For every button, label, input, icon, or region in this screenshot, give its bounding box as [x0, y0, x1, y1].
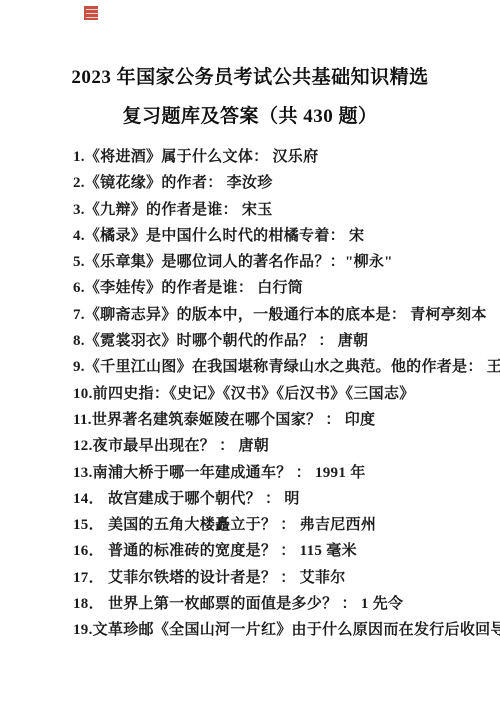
question-item-12: 12.夜市最早出现在？ ： 唐朝: [73, 433, 490, 459]
question-item-15: 15． 美国的五角大楼矗立于？ ： 弗吉尼西州: [73, 512, 490, 538]
question-item-2: 2.《镜花缘》的作者： 李汝珍: [73, 170, 490, 196]
question-item-4: 4.《橘录》是中国什么时代的柑橘专着： 宋: [73, 223, 490, 249]
red-seal-mark: [84, 6, 98, 20]
document-page: 2023 年国家公务员考试公共基础知识精选 复习题库及答案（共 430 题） 1…: [0, 0, 500, 707]
question-item-14: 14． 故宫建成于哪个朝代？ ： 明: [73, 486, 490, 512]
question-item-11: 11.世界著名建筑泰姬陵在哪个国家？ ： 印度: [73, 407, 490, 433]
question-item-7: 7.《聊斋志异》的版本中，一般通行本的底本是： 青柯亭刻本: [73, 302, 490, 328]
document-title-line2: 复习题库及答案（共 430 题）: [0, 97, 500, 136]
question-item-10: 10.前四史指：《史记》《汉书》《后汉书》《三国志》: [73, 381, 490, 407]
document-title-line1: 2023 年国家公务员考试公共基础知识精选: [0, 58, 500, 97]
question-item-18: 18． 世界上第一枚邮票的面值是多少？ ： 1 先令: [73, 591, 490, 617]
question-item-1: 1.《将进酒》属于什么文体： 汉乐府: [73, 144, 490, 170]
document-title: 2023 年国家公务员考试公共基础知识精选 复习题库及答案（共 430 题）: [0, 0, 500, 136]
question-item-5: 5.《乐章集》是哪位词人的著名作品？："柳永": [73, 249, 490, 275]
question-item-16: 16． 普通的标准砖的宽度是？ ： 115 毫米: [73, 538, 490, 564]
question-list: 1.《将进酒》属于什么文体： 汉乐府 2.《镜花缘》的作者： 李汝珍 3.《九辩…: [0, 144, 500, 644]
question-item-9: 9.《千里江山图》在我国堪称青绿山水之典范。他的作者是： 王希孟: [73, 354, 490, 380]
question-item-13: 13.南浦大桥于哪一年建成通车？ ： 1991 年: [73, 460, 490, 486]
question-item-6: 6.《李娃传》的作者是谁： 白行筒: [73, 275, 490, 301]
question-item-8: 8.《霓裳羽衣》时哪个朝代的作品？ ： 唐朝: [73, 328, 490, 354]
question-item-3: 3.《九辩》的作者是谁： 宋玉: [73, 197, 490, 223]
question-item-19: 19.文革珍邮《全国山河一片红》由于什么原因而在发行后收回导致: [73, 617, 490, 643]
question-item-17: 17． 艾菲尔铁塔的设计者是？ ： 艾菲尔: [73, 565, 490, 591]
